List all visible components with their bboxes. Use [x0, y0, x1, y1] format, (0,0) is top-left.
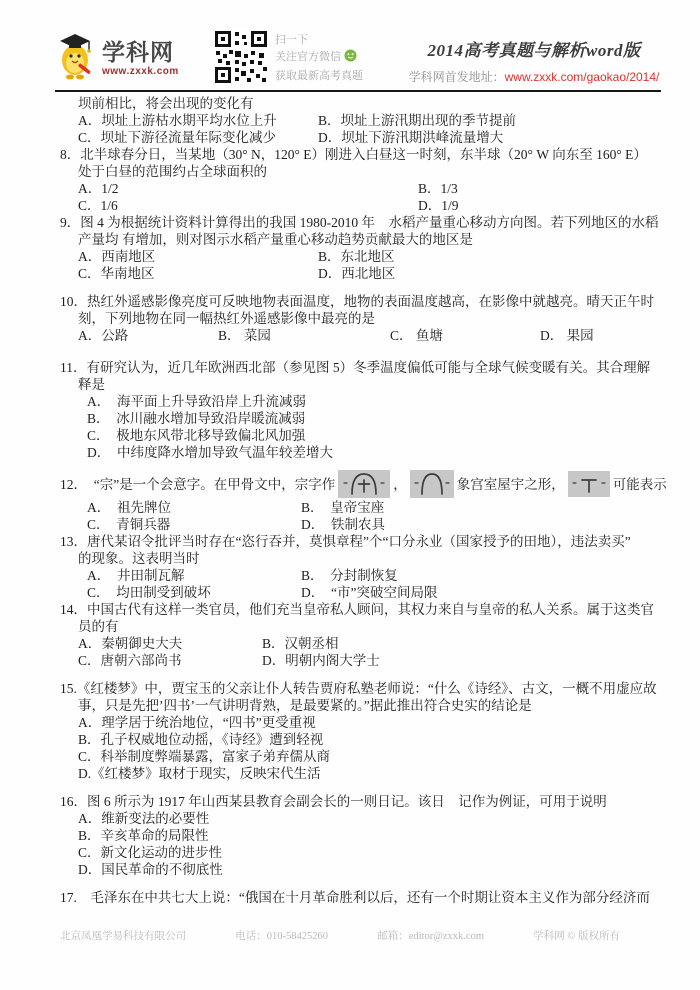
question-block: 17. 毛泽东在中共七大上说：“俄国在十月革命胜利以后，还有一个时期让资本主义作… — [60, 889, 672, 906]
options-row: A．秦朝御史大夫B．汉朝丞相 — [60, 635, 672, 652]
question-block: 13．唐代某诏令批评当时存在“恣行吞并，莫惧章程”个“口分永业（国家授予的田地）… — [60, 533, 672, 601]
text-line: 9．图 4 为根据统计资料计算得出的我国 1980-2010 年 水稻产量重心移… — [60, 214, 672, 231]
option-cell: B． 分封制恢复 — [301, 567, 398, 584]
text-line: 10．热红外遥感影像亮度可反映地物表面温度，地物的表面温度越高，在影像中就越亮。… — [60, 293, 672, 310]
question-block: 16．图 6 所示为 1917 年山西某县教育会副会长的一则日记。该日 记作为例… — [60, 793, 672, 878]
text-line: 11．有研究认为，近几年欧洲西北部（参见图 5）冬季温度偏低可能与全球气候变暖有… — [60, 359, 672, 376]
qr-caption-line1: 扫一下 — [275, 32, 363, 49]
option-cell: B．坝址上游汛期出现的季节提前 — [318, 112, 516, 129]
text-line: 8．北半球春分日，当某地（30° N，120° E）刚进入白昼这一时刻，东半球（… — [60, 146, 672, 163]
text-segment: 象宫室屋宇之形， — [457, 476, 565, 493]
oracle-zong-roof-icon — [410, 470, 454, 498]
option-cell: D．1/9 — [418, 197, 459, 214]
options-row: C．华南地区D．西北地区 — [60, 265, 672, 282]
option-cell: C．1/6 — [78, 197, 418, 214]
option-cell: C． 青铜兵器 — [87, 516, 301, 533]
option-cell: A．公路 — [78, 327, 218, 344]
address-url-link[interactable]: www.zxxk.com/gaokao/2014/ — [505, 70, 660, 84]
page-header: 学科网 www.zxxk.com — [56, 30, 690, 88]
option-cell: D．西北地区 — [318, 265, 395, 282]
question-block: 9．图 4 为根据统计资料计算得出的我国 1980-2010 年 水稻产量重心移… — [60, 214, 672, 282]
text-line: 16．图 6 所示为 1917 年山西某县教育会副会长的一则日记。该日 记作为例… — [60, 793, 672, 810]
text-line: 事，只是先把’四书’一气讲明背熟，是最要紧的。”据此推出符合史实的结论是 — [60, 697, 672, 714]
option-cell: D．明朝内阁大学士 — [262, 652, 380, 669]
zxxk-mascot-icon — [56, 30, 98, 87]
option-cell: B．汉朝丞相 — [262, 635, 339, 652]
qr-code-icon — [214, 30, 268, 84]
option-cell: B． 菜园 — [218, 327, 390, 344]
footer-email: 邮箱：editor@zxxk.com — [377, 928, 484, 943]
questions-area: 坝前相比，将会出现的变化有A．坝址上游枯水期平均水位上升B．坝址上游汛期出现的季… — [60, 95, 672, 906]
options-row: A． 井田制瓦解B． 分封制恢复 — [60, 567, 672, 584]
question-block: 10．热红外遥感影像亮度可反映地物表面温度，地物的表面温度越高，在影像中就越亮。… — [60, 293, 672, 344]
footer-company: 北京凤凰学易科技有限公司 — [60, 928, 186, 943]
question-block: 8．北半球春分日，当某地（30° N，120° E）刚进入白昼这一时刻，东半球（… — [60, 146, 672, 214]
option-cell: A．坝址上游枯水期平均水位上升 — [78, 112, 318, 129]
options-row: C． 青铜兵器D． 铁制农具 — [60, 516, 672, 533]
options-row: C．唐朝六部尚书D．明朝内阁大学士 — [60, 652, 672, 669]
option-cell: C． 均田制受到破坏 — [87, 584, 301, 601]
header-divider — [55, 90, 661, 92]
option-cell: A． 祖先牌位 — [87, 499, 301, 516]
text-line: C．新文化运动的进步性 — [60, 844, 672, 861]
qr-caption-line3: 获取最新高考真题 — [275, 68, 363, 85]
text-line: 13．唐代某诏令批评当时存在“恣行吞并，莫惧章程”个“口分永业（国家授予的田地）… — [60, 533, 672, 550]
text-line: B．辛亥革命的局限性 — [60, 827, 672, 844]
text-line: C． 极地东风带北移导致偏北风加强 — [60, 427, 672, 444]
header-right: 2014高考真题与解析word版 学科网首发地址：www.zxxk.com/ga… — [378, 30, 690, 85]
text-line: D.《红楼梦》取材于现实，反映宋代生活 — [60, 765, 672, 782]
text-line: 14．中国古代有这样一类官员，他们充当皇帝私人顾问，其权力来自与皇帝的私人关系。… — [60, 601, 672, 618]
qr-caption-line2: 关注官方微信 — [275, 51, 341, 63]
text-segment: 可能表示 — [613, 476, 667, 493]
text-line: B．孔子权威地位动摇，《诗经》遭到轻视 — [60, 731, 672, 748]
document-title: 2014高考真题与解析word版 — [378, 36, 690, 61]
question-block: 12． “宗”是一个会意字。在甲骨文中，宗字作，象宫室屋宇之形，可能表示A． 祖… — [60, 469, 672, 533]
text-line: 员的有 — [60, 618, 672, 635]
qr-block: 扫一下 关注官方微信 获取最新高考真题 — [214, 30, 363, 85]
oracle-zong-full-icon — [338, 470, 390, 498]
site-name: 学科网 — [102, 40, 179, 64]
text-line: C．科举制度弊端暴露，富家子弟弃儒从商 — [60, 748, 672, 765]
site-url: www.zxxk.com — [102, 66, 179, 77]
option-cell: C．坝址下游径流量年际变化减少 — [78, 129, 318, 146]
option-cell: B．东北地区 — [318, 248, 395, 265]
option-cell: A．西南地区 — [78, 248, 318, 265]
text-line: D． 中纬度降水增加导致气温年较差增大 — [60, 444, 672, 461]
text-line: 产量均 有增加，则对图示水稻产量重心移动趋势贡献最大的地区是 — [60, 231, 672, 248]
page-footer: 北京凤凰学易科技有限公司 电话：010-58425260 邮箱：editor@z… — [60, 928, 620, 943]
option-cell: D．坝址下游汛期洪峰流量增大 — [318, 129, 503, 146]
question-block: 11．有研究认为，近几年欧洲西北部（参见图 5）冬季温度偏低可能与全球气候变暖有… — [60, 359, 672, 461]
options-row: A． 祖先牌位B． 皇帝宝座 — [60, 499, 672, 516]
option-cell: A． 井田制瓦解 — [87, 567, 301, 584]
footer-copyright: 学科网 © 版权所有 — [533, 928, 620, 943]
text-line: 处于白昼的范围约占全球面积的 — [60, 163, 672, 180]
option-cell: A．1/2 — [78, 180, 418, 197]
text-line: 的现象。这表明当时 — [60, 550, 672, 567]
wechat-smiley-icon — [344, 49, 357, 68]
question-block: 坝前相比，将会出现的变化有A．坝址上游枯水期平均水位上升B．坝址上游汛期出现的季… — [60, 95, 672, 146]
exam-document-page: 学科网 www.zxxk.com — [0, 0, 700, 990]
option-cell: C． 鱼塘 — [390, 327, 540, 344]
option-cell: D． 铁制农具 — [301, 516, 385, 533]
text-line: 坝前相比，将会出现的变化有 — [60, 95, 672, 112]
question-block: 15.《红楼梦》中，贾宝玉的父亲让仆人转告贾府私塾老师说：“什么《诗经》、古文，… — [60, 680, 672, 782]
options-row: A．公路B． 菜园C． 鱼塘D． 果园 — [60, 327, 672, 344]
text-line: A． 海平面上升导致沿岸上升流减弱 — [60, 393, 672, 410]
option-cell: B．1/3 — [418, 180, 458, 197]
text-line: 17. 毛泽东在中共七大上说：“俄国在十月革命胜利以后，还有一个时期让资本主义作… — [60, 889, 672, 906]
option-cell: D． 果园 — [540, 327, 594, 344]
option-cell: C．华南地区 — [78, 265, 318, 282]
text-segment: 12． “宗”是一个会意字。在甲骨文中，宗字作 — [60, 476, 335, 493]
site-logo: 学科网 www.zxxk.com — [56, 30, 188, 87]
text-line: A．维新变法的必要性 — [60, 810, 672, 827]
text-line: B． 冰川融水增加导致沿岸暖流减弱 — [60, 410, 672, 427]
option-cell: B． 皇帝宝座 — [301, 499, 384, 516]
option-cell: A．秦朝御史大夫 — [78, 635, 262, 652]
qr-caption: 扫一下 关注官方微信 获取最新高考真题 — [275, 30, 363, 85]
options-row: A．西南地区B．东北地区 — [60, 248, 672, 265]
text-line: 刻，下列地物在同一幅热红外遥感影像中最亮的是 — [60, 310, 672, 327]
address-label: 学科网首发地址： — [409, 70, 505, 84]
text-line: 12． “宗”是一个会意字。在甲骨文中，宗字作，象宫室屋宇之形，可能表示 — [60, 469, 672, 499]
question-block: 14．中国古代有这样一类官员，他们充当皇帝私人顾问，其权力来自与皇帝的私人关系。… — [60, 601, 672, 669]
option-cell: D． “市”突破空间局限 — [301, 584, 437, 601]
options-row: C． 均田制受到破坏D． “市”突破空间局限 — [60, 584, 672, 601]
oracle-shi-icon — [568, 471, 610, 497]
text-line: 15.《红楼梦》中，贾宝玉的父亲让仆人转告贾府私塾老师说：“什么《诗经》、古文，… — [60, 680, 672, 697]
text-line: A．理学居于统治地位，“四书”更受重视 — [60, 714, 672, 731]
options-row: C．1/6D．1/9 — [60, 197, 672, 214]
options-row: A．坝址上游枯水期平均水位上升B．坝址上游汛期出现的季节提前 — [60, 112, 672, 129]
text-segment: ， — [393, 476, 407, 493]
text-line: D．国民革命的不彻底性 — [60, 861, 672, 878]
footer-phone: 电话：010-58425260 — [235, 928, 328, 943]
option-cell: C．唐朝六部尚书 — [78, 652, 262, 669]
options-row: C．坝址下游径流量年际变化减少D．坝址下游汛期洪峰流量增大 — [60, 129, 672, 146]
options-row: A．1/2B．1/3 — [60, 180, 672, 197]
text-line: 释是 — [60, 376, 672, 393]
